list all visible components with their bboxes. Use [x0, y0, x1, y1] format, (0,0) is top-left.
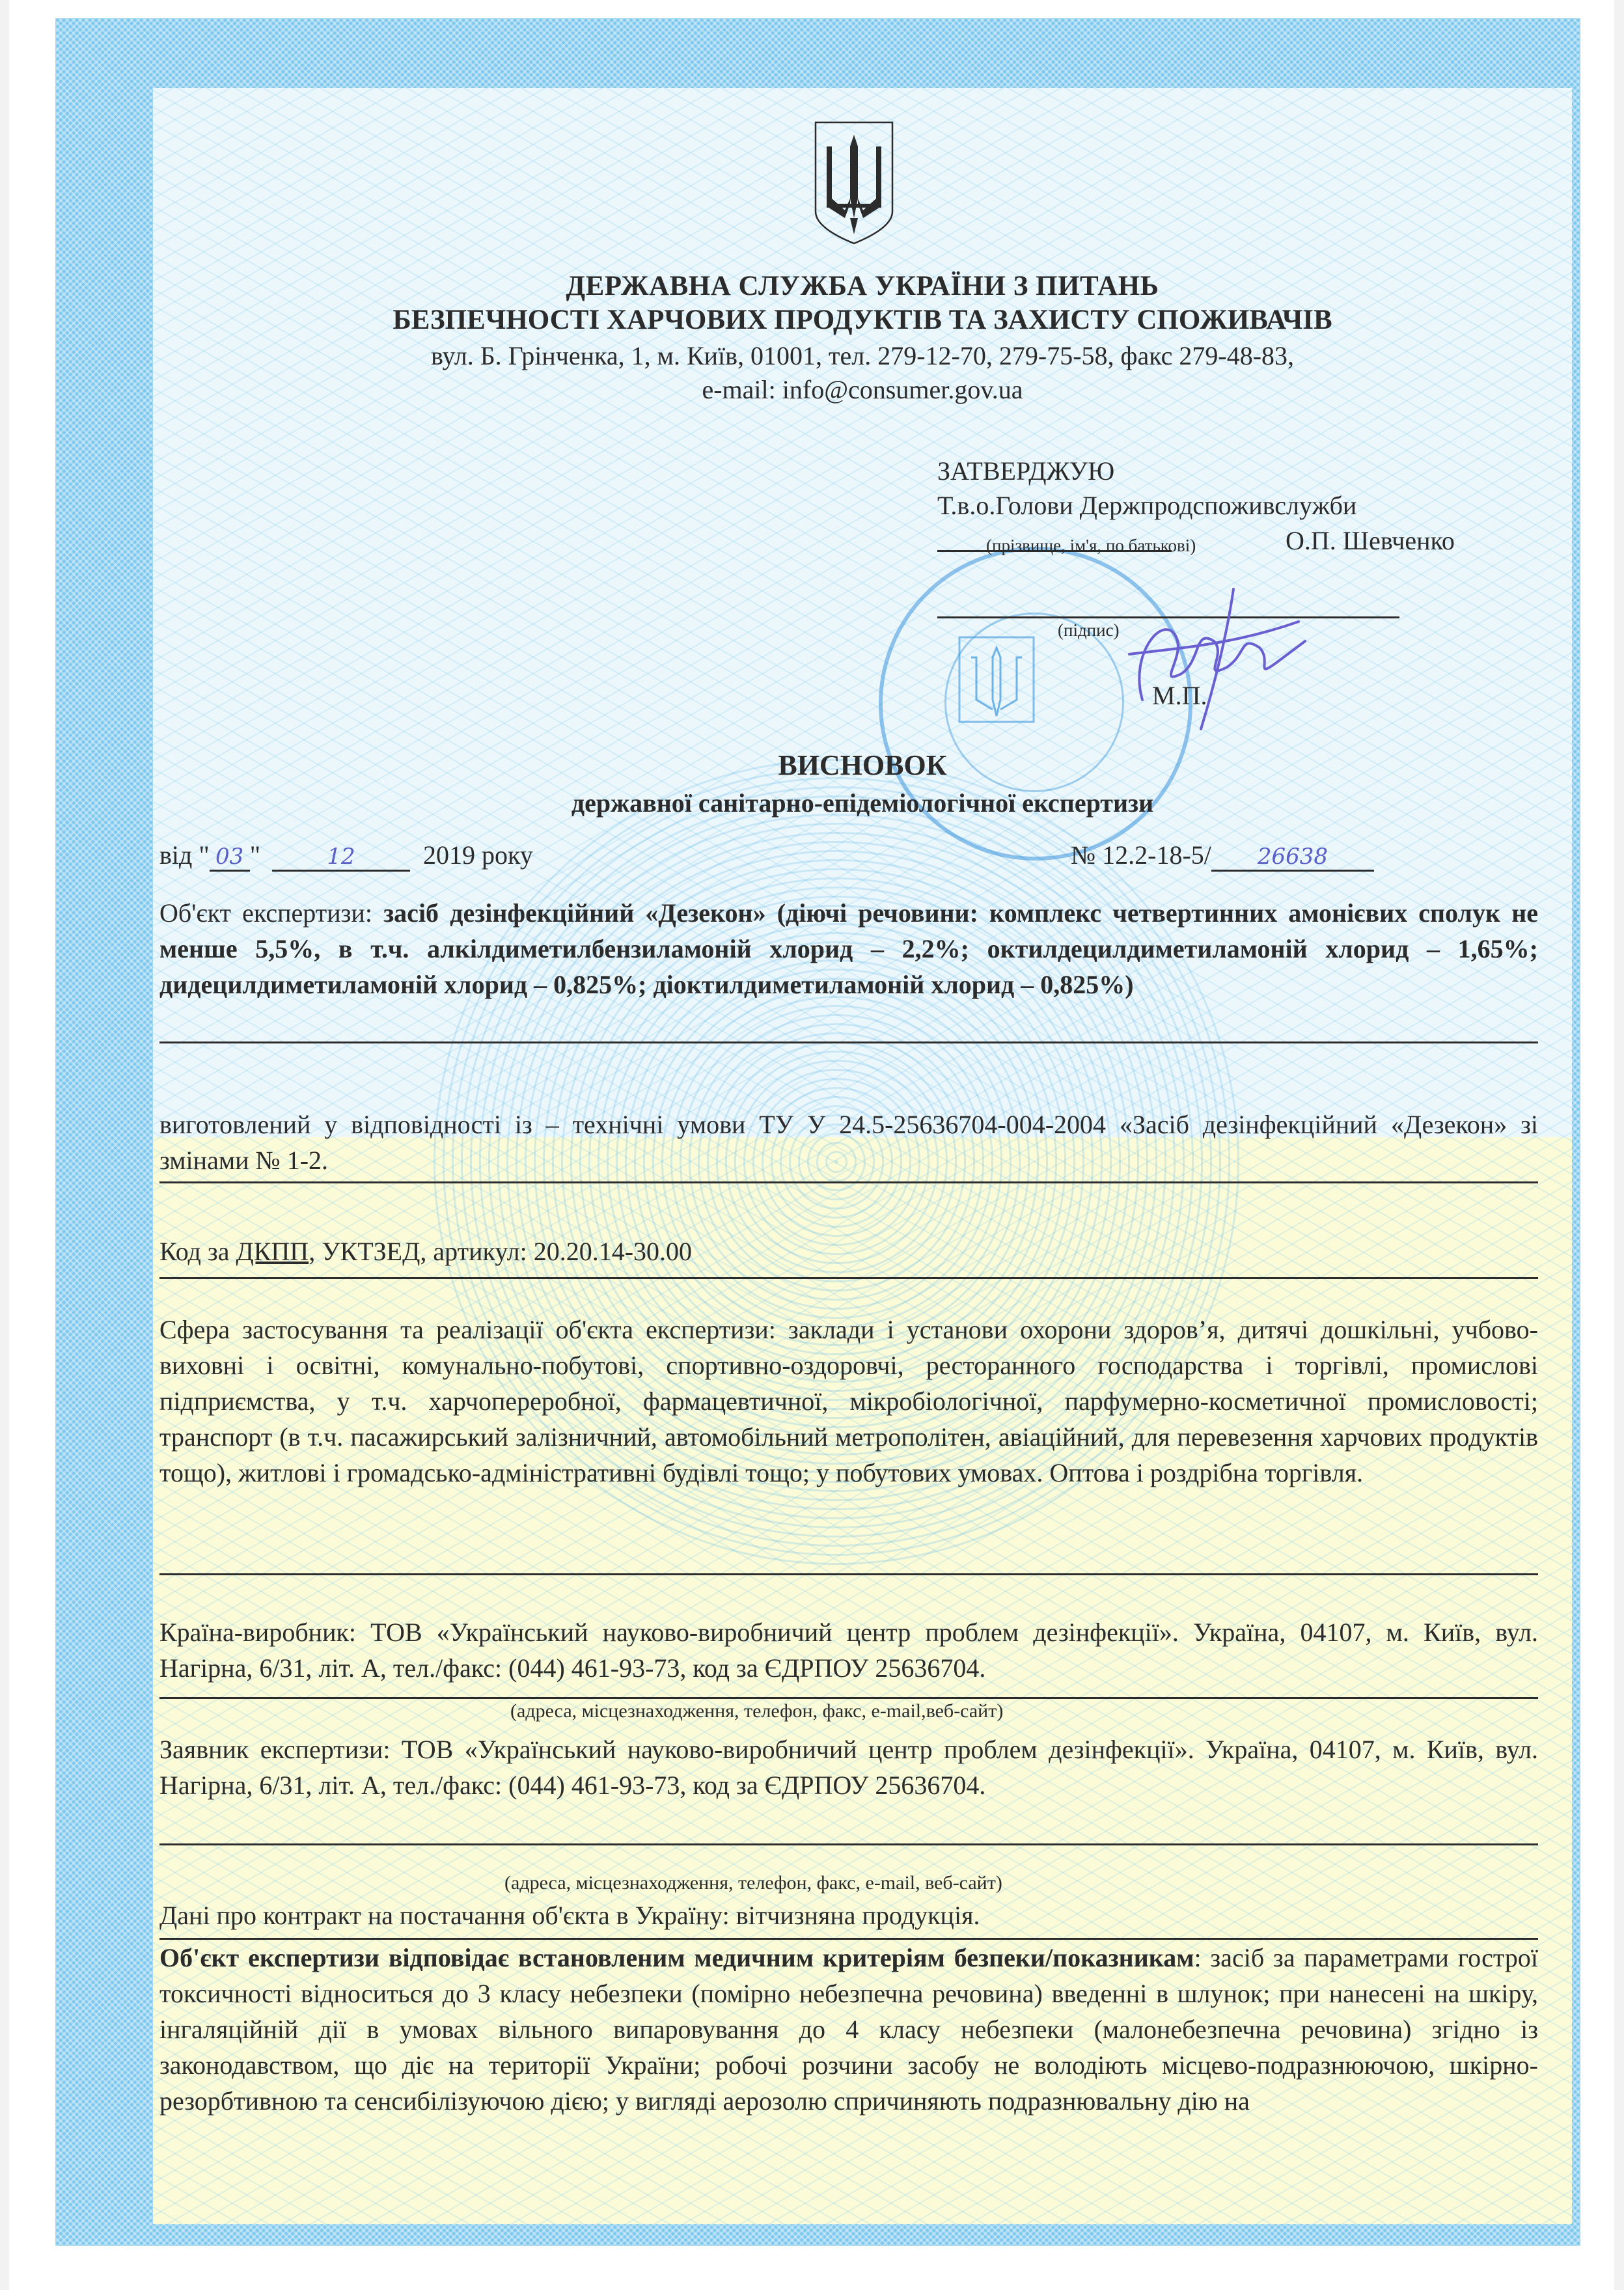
- applicant-caption: (адреса, місцезнаходження, телефон, факс…: [504, 1872, 1002, 1894]
- rule: [159, 1573, 1538, 1575]
- code-rest: , УКТЗЕД, артикул: 20.20.14-30.00: [309, 1237, 692, 1266]
- manufacturer-caption: (адреса, місцезнаходження, телефон, факс…: [510, 1700, 1003, 1722]
- object-label: Об'єкт експертизи:: [159, 898, 383, 928]
- rule: [159, 1277, 1538, 1279]
- date-day-field: 03: [210, 842, 250, 872]
- date-quote: ": [250, 840, 260, 870]
- applicant-info: Заявник експертизи: ТОВ «Український нау…: [159, 1731, 1538, 1803]
- date-day: 03: [215, 844, 243, 870]
- trident-icon: [814, 120, 894, 245]
- contract-info: Дані про контракт на постачання об'єкта …: [159, 1897, 1538, 1933]
- date-prefix: від ": [159, 840, 210, 870]
- document-date: від "03" 12 2019 року: [159, 840, 533, 872]
- org-email: e-mail: info@consumer.gov.ua: [153, 374, 1572, 405]
- manufacturer-info: Країна-виробник: ТОВ «Український науков…: [159, 1614, 1538, 1686]
- number-prefix: № 12.2-18-5/: [1071, 840, 1211, 870]
- document-number: № 12.2-18-5/26638: [1071, 840, 1374, 872]
- date-month-field: 12: [272, 842, 410, 872]
- number-field: 26638: [1211, 842, 1374, 872]
- org-address: вул. Б. Грінченка, 1, м. Київ, 01001, те…: [153, 340, 1572, 371]
- code-dkpp-link: ДКПП: [236, 1237, 309, 1266]
- rule: [159, 1697, 1538, 1699]
- product-code: Код за ДКПП, УКТЗЕД, артикул: 20.20.14-3…: [159, 1234, 1538, 1269]
- object-of-expertise: Об'єкт експертизи: засіб дезінфекційний …: [159, 895, 1538, 1002]
- code-prefix: Код за: [159, 1237, 236, 1266]
- date-year: 2019 року: [423, 840, 533, 870]
- seal-placeholder-label: М.П.: [1152, 680, 1207, 711]
- conformity-heading: Об'єкт експертизи відповідає встановлени…: [159, 1943, 1194, 1972]
- org-name-line2: БЕЗПЕЧНОСТІ ХАРЧОВИХ ПРОДУКТІВ ТА ЗАХИСТ…: [153, 304, 1572, 336]
- document-subtitle: державної санітарно-епідеміологічної екс…: [153, 788, 1572, 818]
- stamp-trident-icon: [957, 635, 1036, 732]
- manufactured-per: виготовлений у відповідності із – техніч…: [159, 1107, 1538, 1178]
- approver-position: Т.в.о.Голови Держпродспоживслужби: [937, 490, 1356, 521]
- approval-label: ЗАТВЕРДЖУЮ: [937, 456, 1114, 486]
- name-caption: (прізвище, ім'я, по батькові): [986, 536, 1196, 556]
- handwritten-signature: [1103, 576, 1312, 732]
- document-body: ДЕРЖАВНА СЛУЖБА УКРАЇНИ З ПИТАНЬ БЕЗПЕЧН…: [153, 88, 1572, 2224]
- document-sheet: ДЕРЖАВНА СЛУЖБА УКРАЇНИ З ПИТАНЬ БЕЗПЕЧН…: [9, 0, 1614, 2290]
- scope-of-application: Сфера застосування та реалізації об'єкта…: [159, 1312, 1538, 1491]
- rule: [159, 1843, 1538, 1845]
- date-month: 12: [327, 844, 355, 870]
- conformity-statement: Об'єкт експертизи відповідає встановлени…: [159, 1940, 1538, 2119]
- rule: [159, 1042, 1538, 1043]
- org-name-line1: ДЕРЖАВНА СЛУЖБА УКРАЇНИ З ПИТАНЬ: [153, 270, 1572, 302]
- number-handwritten: 26638: [1258, 844, 1328, 870]
- rule: [159, 1181, 1538, 1183]
- document-title: ВИСНОВОК: [153, 749, 1572, 782]
- approver-name: О.П. Шевченко: [1286, 525, 1455, 556]
